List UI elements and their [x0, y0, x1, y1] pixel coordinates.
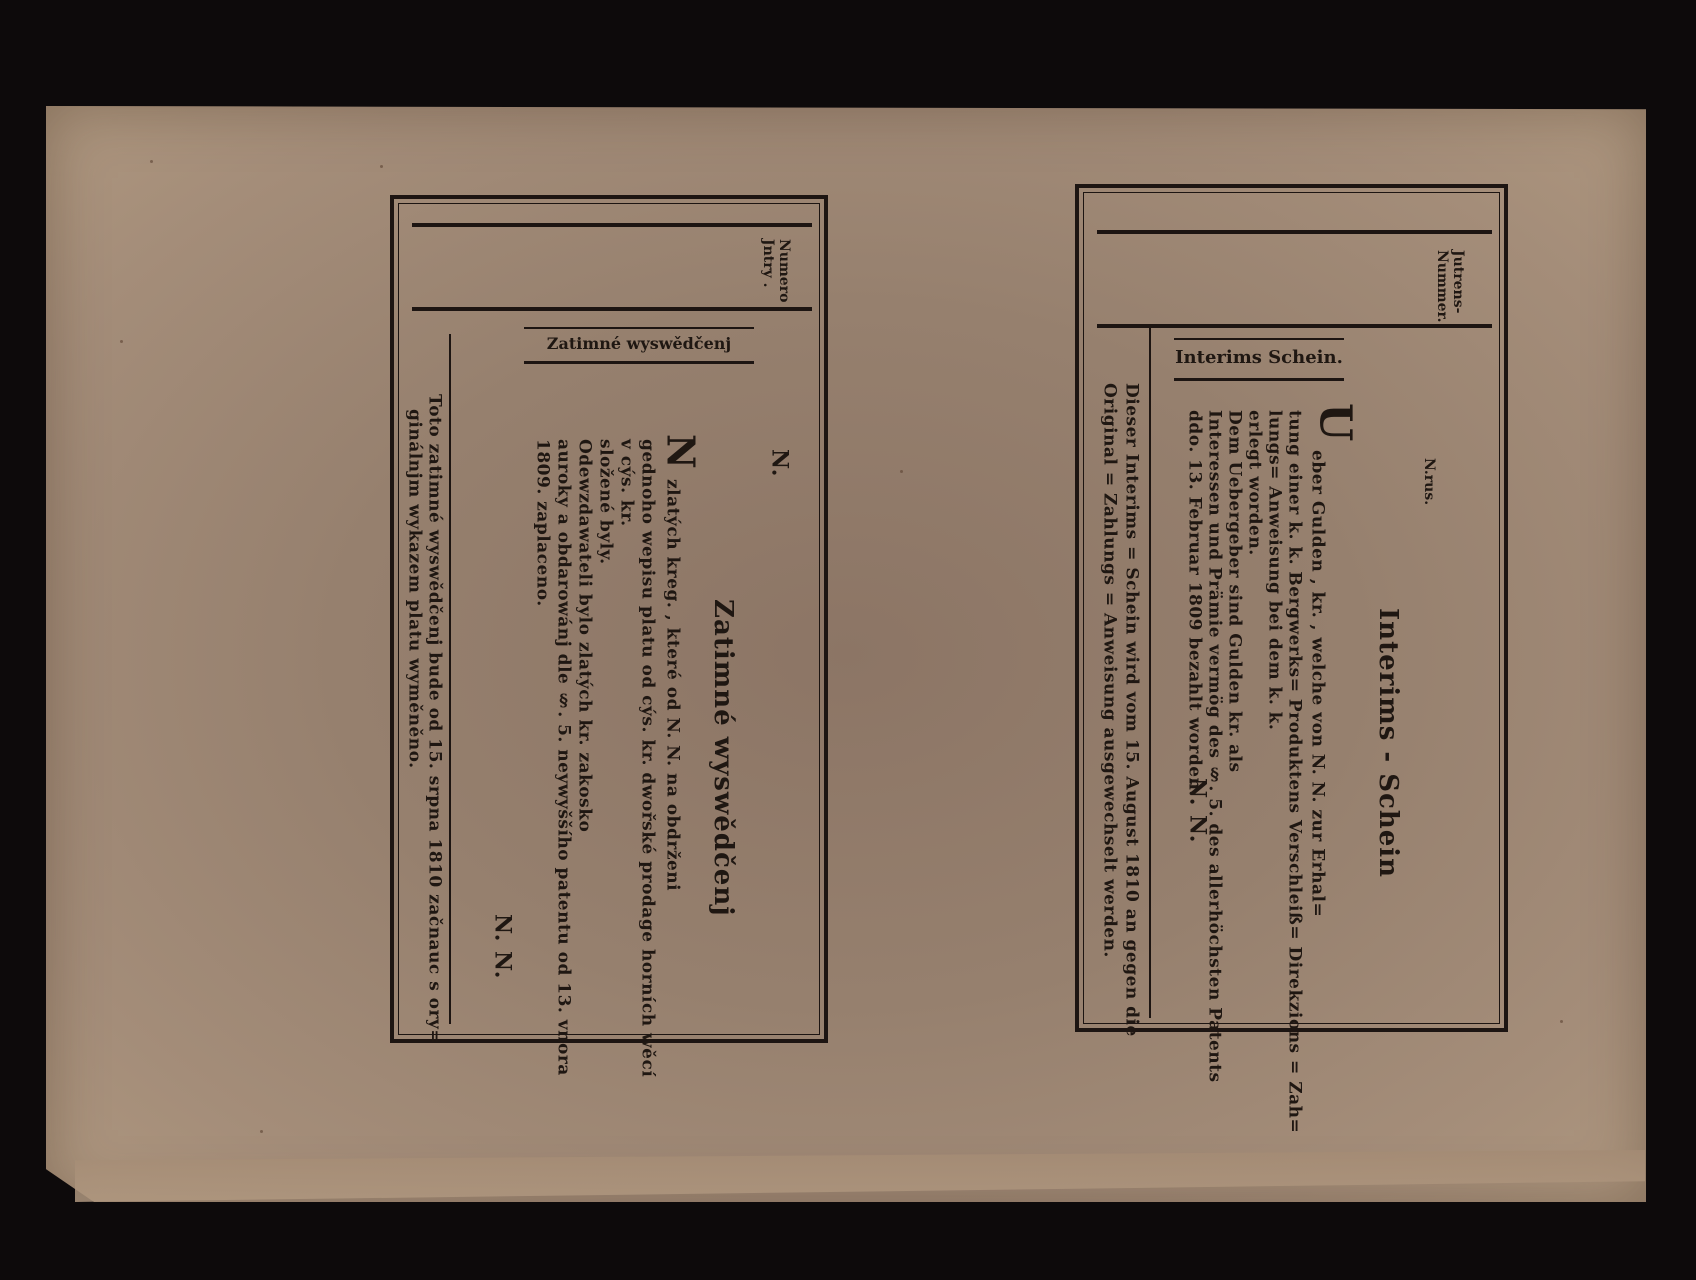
body-line-7: ddo. 13. Februar 1809 bezahlt worden. — [1184, 410, 1204, 797]
body-line-6: Interessen und Prämie vermög des §. 5. d… — [1204, 410, 1224, 1083]
boxed-title-frame: Interims Schein. — [1174, 338, 1344, 381]
boxed-title: Interims Schein. — [1174, 340, 1344, 376]
body-line-1: zlatých kreg. , které od N. N. na obdrže… — [662, 479, 682, 891]
footer-divider — [1149, 328, 1151, 1018]
boxed-title-frame: Zatimné wyswědčenj — [524, 327, 754, 364]
serial-number-label: Jutrens- Nummer. — [1434, 250, 1466, 322]
initial-letter: N — [659, 434, 703, 469]
paper-speck — [1560, 1020, 1563, 1023]
body-line-2: gednoho wepisu platu od cýs. kr. dwořské… — [637, 439, 657, 1077]
body-line-1: eber Gulden , kr. , welche von N. N. zur… — [1307, 450, 1327, 917]
footer-line-1: Dieser Interims = Schein wird vom 15. Au… — [1121, 383, 1141, 1037]
footer-line-1: Toto zatimné wyswědčenj bude od 15. srpn… — [424, 394, 444, 1044]
paper-speck — [900, 470, 903, 473]
header-rule-top — [412, 223, 812, 227]
paper-speck — [120, 340, 123, 343]
body-line-5: Odewzdawateli bylo zlatých kr. zakosko — [574, 439, 594, 832]
paper-speck — [150, 160, 153, 163]
body-line-4: složené byly. — [595, 439, 615, 565]
header-rule-bottom — [1097, 324, 1492, 328]
body-line-6: auroky a obdarowánj dle §. 5. neywyššího… — [553, 439, 573, 1076]
footer-line-2: ginálnjm wykazem platu wyměněno. — [404, 409, 424, 769]
body-line-2: tung einer k. k. Bergwerks= Produktens V… — [1284, 410, 1304, 1133]
body-line-3: v cýs. kr. — [616, 439, 636, 527]
paper-speck — [380, 165, 383, 168]
body-line-3: lungs= Anweisung bei dem k. k. — [1264, 410, 1284, 730]
body-line-7: 1809. zaplaceno. — [532, 439, 552, 607]
initial-letter: U — [1309, 403, 1360, 441]
body-line-5: Dem Uebergeber sind Gulden kr. als — [1224, 410, 1244, 773]
number-label: N.rus. — [1421, 458, 1437, 505]
interims-schein-form: Jutrens- Nummer. Interims Schein. N.rus.… — [1075, 184, 1508, 1032]
form-title: Zatimné wyswědčenj — [707, 599, 737, 917]
number-label: N. — [766, 449, 791, 477]
signature: N. N. — [1184, 778, 1209, 843]
footer-divider — [449, 334, 451, 1024]
paper-speck — [260, 1130, 263, 1133]
body-line-4: erlegt worden. — [1244, 410, 1264, 556]
footer-line-2: Original = Zahlungs = Anweisung ausgewec… — [1099, 383, 1119, 958]
form-title: Interims - Schein — [1372, 608, 1402, 878]
boxed-title: Zatimné wyswědčenj — [524, 329, 754, 359]
header-rule-bottom — [412, 307, 812, 311]
header-rule-top — [1097, 230, 1492, 234]
signature: N. N. — [489, 914, 514, 979]
zatimne-wyswedceni-form: Numero Jntry . Zatimné wyswědčenj N. Zat… — [390, 195, 828, 1043]
serial-number-label: Numero Jntry . — [760, 239, 792, 302]
